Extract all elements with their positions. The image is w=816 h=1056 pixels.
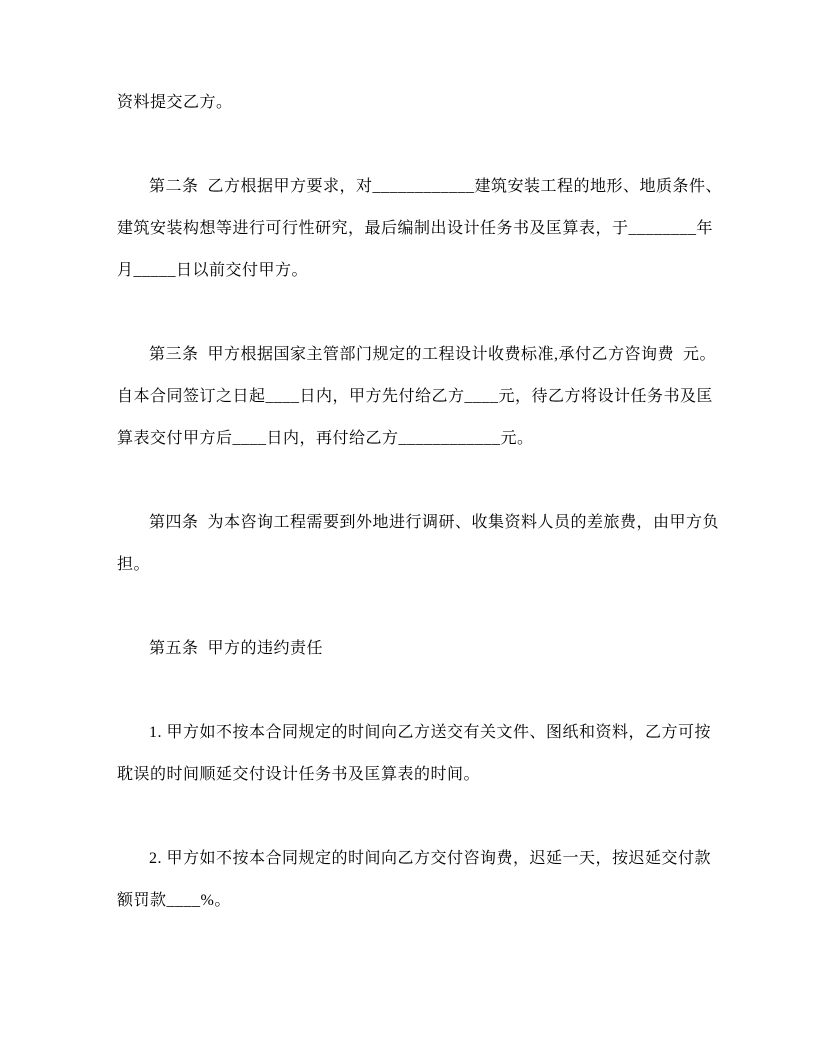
text-line: 建筑安装构想等进行可行性研究，最后编制出设计任务书及匡算表，于________年 <box>117 208 706 250</box>
text-line: 第二条 乙方根据甲方要求，对____________建筑安装工程的地形、地质条件… <box>117 166 706 208</box>
text-line: 算表交付甲方后____日内，再付给乙方____________元。 <box>117 418 706 460</box>
text-line: 第四条 为本咨询工程需要到外地进行调研、收集资料人员的差旅费，由甲方负 <box>117 502 706 544</box>
paragraph-clause-3: 第三条 甲方根据国家主管部门规定的工程设计收费标准,承付乙方咨询费 元。 自本合… <box>117 334 706 460</box>
text-line: 耽误的时间顺延交付设计任务书及匡算表的时间。 <box>117 754 706 796</box>
document-page: 资料提交乙方。 第二条 乙方根据甲方要求，对____________建筑安装工程… <box>0 0 816 1056</box>
text-line: 1. 甲方如不按本合同规定的时间向乙方送交有关文件、图纸和资料，乙方可按 <box>117 712 706 754</box>
text-line: 2. 甲方如不按本合同规定的时间向乙方交付咨询费，迟延一天，按迟延交付款 <box>117 838 706 880</box>
text-line: 资料提交乙方。 <box>117 82 706 124</box>
paragraph-clause-5-item-1: 1. 甲方如不按本合同规定的时间向乙方送交有关文件、图纸和资料，乙方可按 耽误的… <box>117 712 706 796</box>
text-line: 自本合同签订之日起____日内，甲方先付给乙方____元，待乙方将设计任务书及匡 <box>117 376 706 418</box>
text-line: 第五条 甲方的违约责任 <box>117 628 706 670</box>
paragraph-clause-5-item-2: 2. 甲方如不按本合同规定的时间向乙方交付咨询费，迟延一天，按迟延交付款 额罚款… <box>117 838 706 922</box>
text-line: 第三条 甲方根据国家主管部门规定的工程设计收费标准,承付乙方咨询费 元。 <box>117 334 706 376</box>
text-line: 额罚款____%。 <box>117 880 706 922</box>
text-line: 担。 <box>117 544 706 586</box>
paragraph-clause-1-continuation: 资料提交乙方。 <box>117 82 706 124</box>
document-content: 资料提交乙方。 第二条 乙方根据甲方要求，对____________建筑安装工程… <box>0 0 816 922</box>
paragraph-clause-4: 第四条 为本咨询工程需要到外地进行调研、收集资料人员的差旅费，由甲方负 担。 <box>117 502 706 586</box>
text-line: 月_____日以前交付甲方。 <box>117 250 706 292</box>
paragraph-clause-2: 第二条 乙方根据甲方要求，对____________建筑安装工程的地形、地质条件… <box>117 166 706 292</box>
paragraph-clause-5-heading: 第五条 甲方的违约责任 <box>117 628 706 670</box>
